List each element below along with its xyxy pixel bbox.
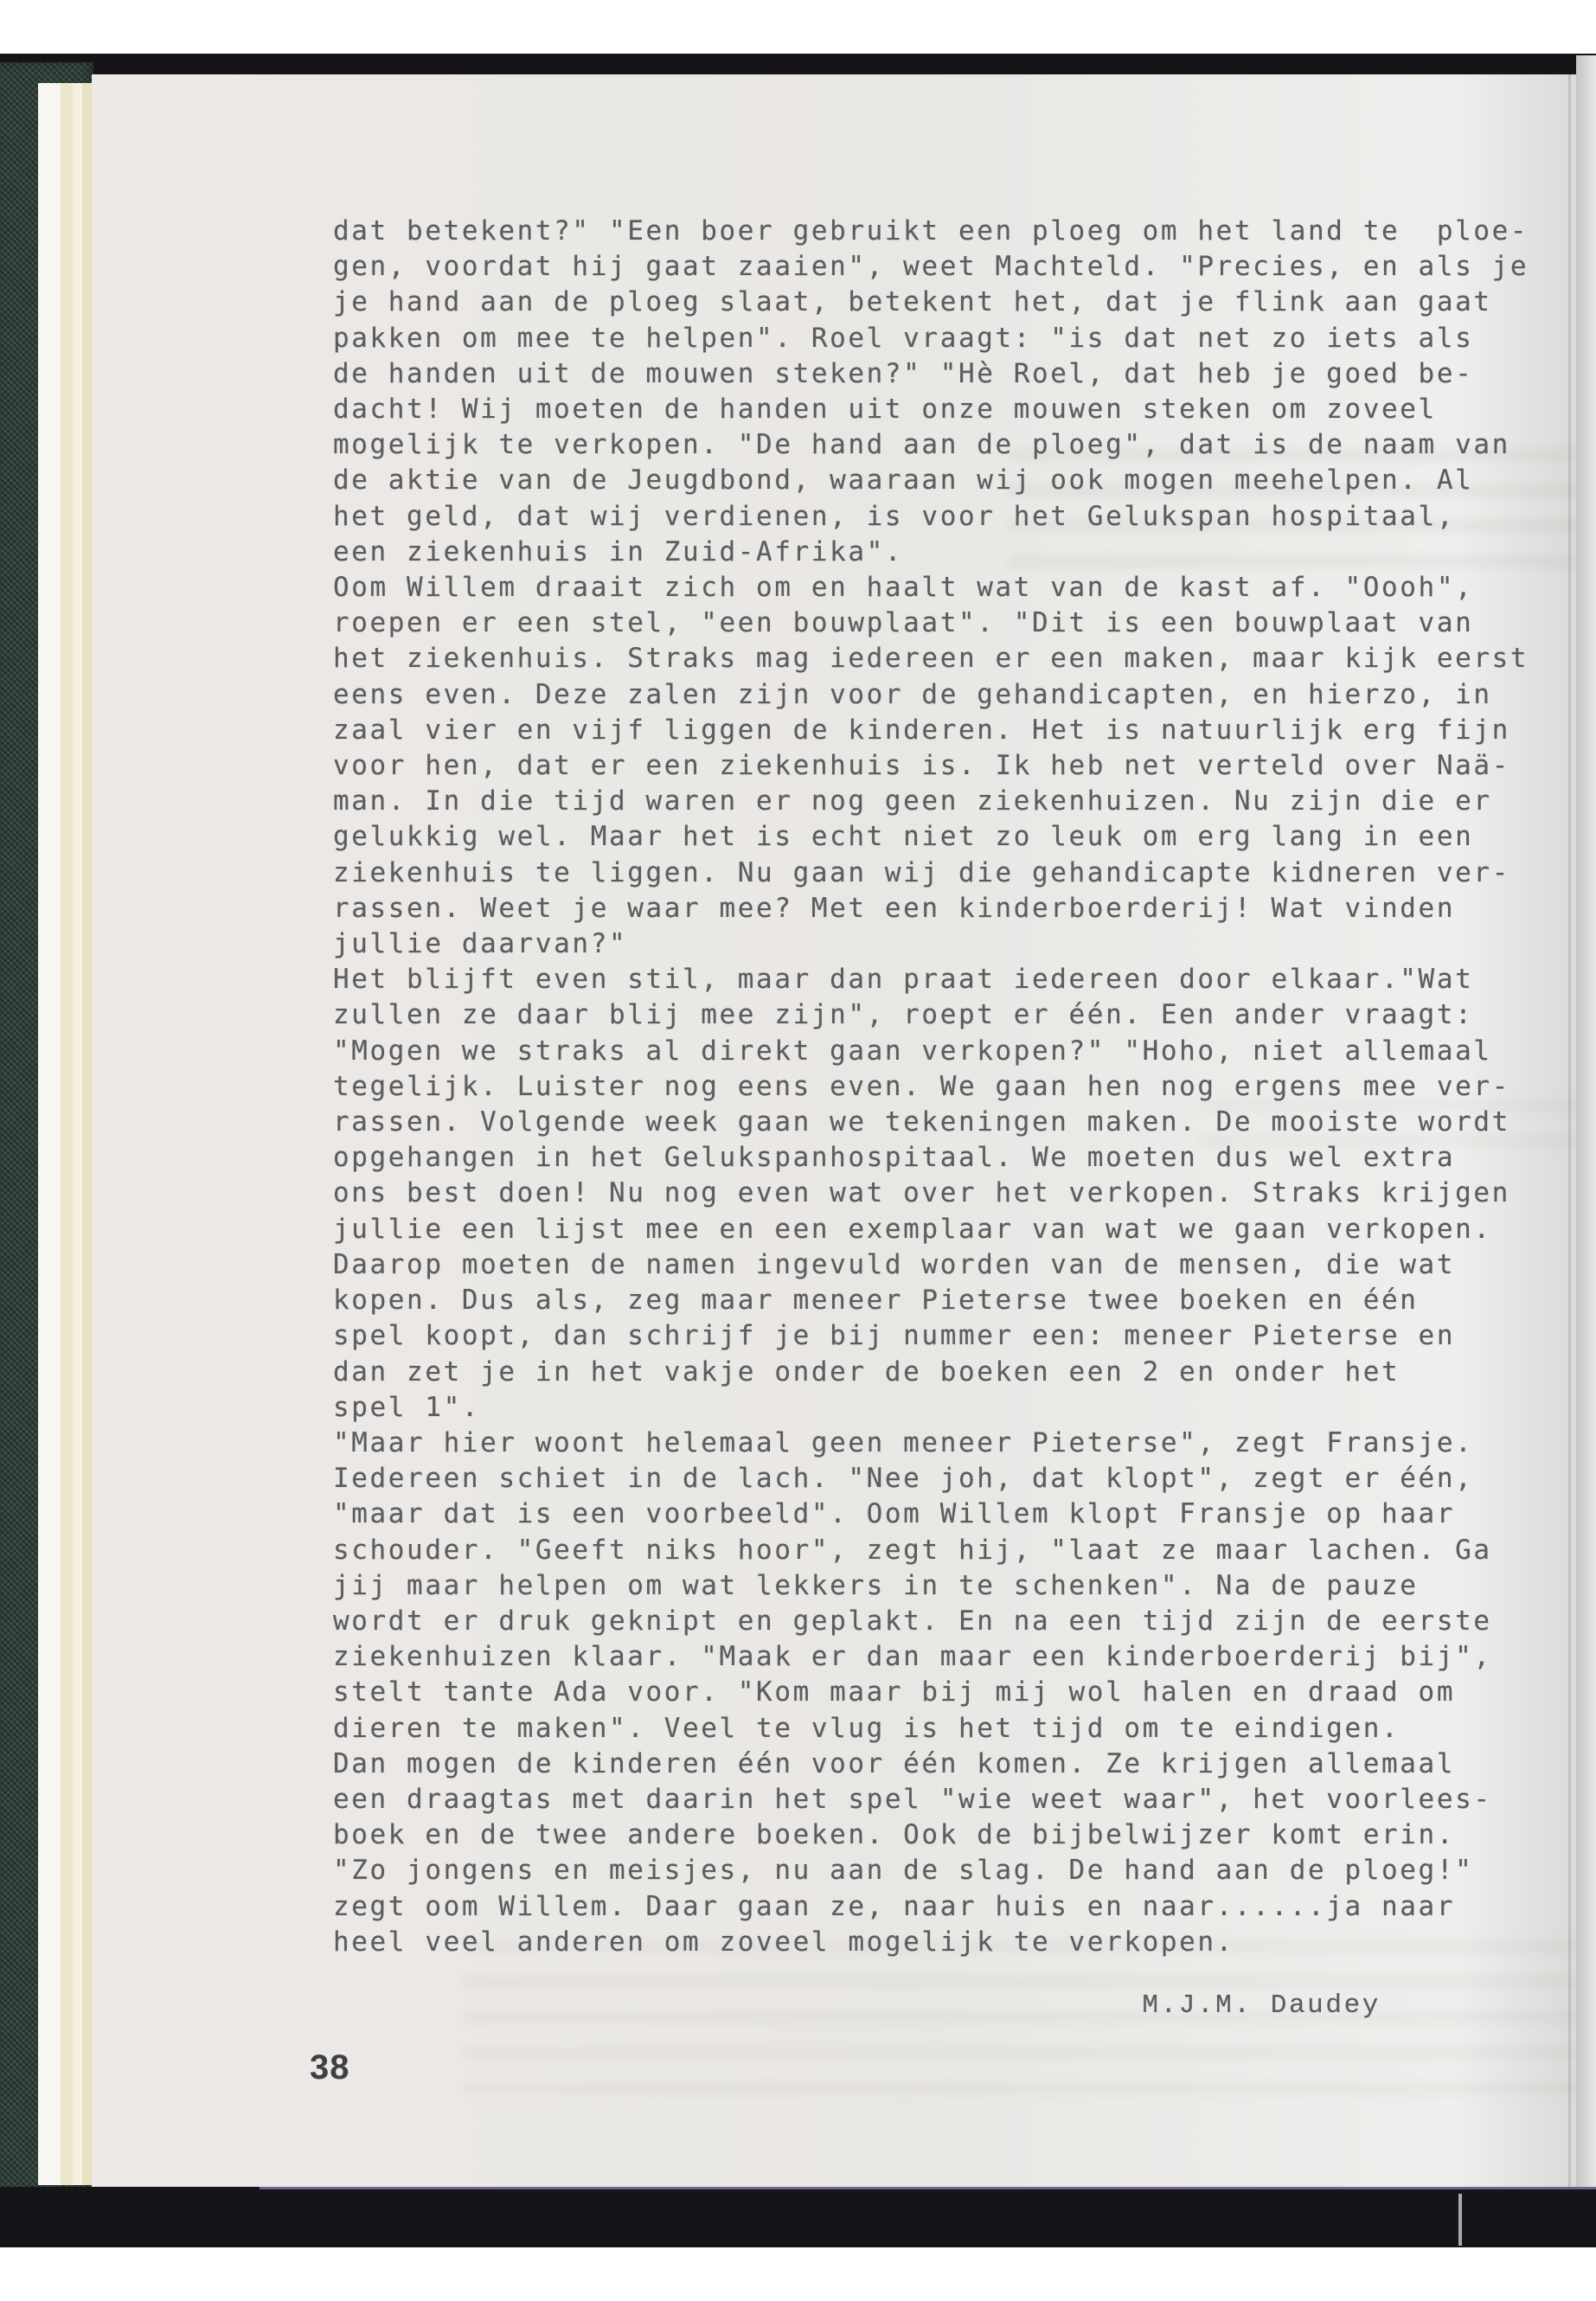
page-gutter-crease xyxy=(1568,74,1571,2190)
typewritten-text: dat betekent?" "Een boer gebruikt een pl… xyxy=(333,214,1529,1960)
author-signature: M.J.M. Daudey xyxy=(519,1990,1381,2021)
adjacent-page-edge xyxy=(1576,55,1596,2190)
page-stack-edge xyxy=(73,83,82,2185)
scratch-mark xyxy=(1458,2194,1462,2246)
page-stack-edge xyxy=(61,83,73,2185)
book-cover-bottom-edge xyxy=(0,2187,1596,2247)
scanned-book-page: dat betekent?" "Een boer gebruikt een pl… xyxy=(0,0,1596,2301)
page-stack-edge xyxy=(38,83,61,2185)
page-number: 38 xyxy=(310,2048,350,2087)
